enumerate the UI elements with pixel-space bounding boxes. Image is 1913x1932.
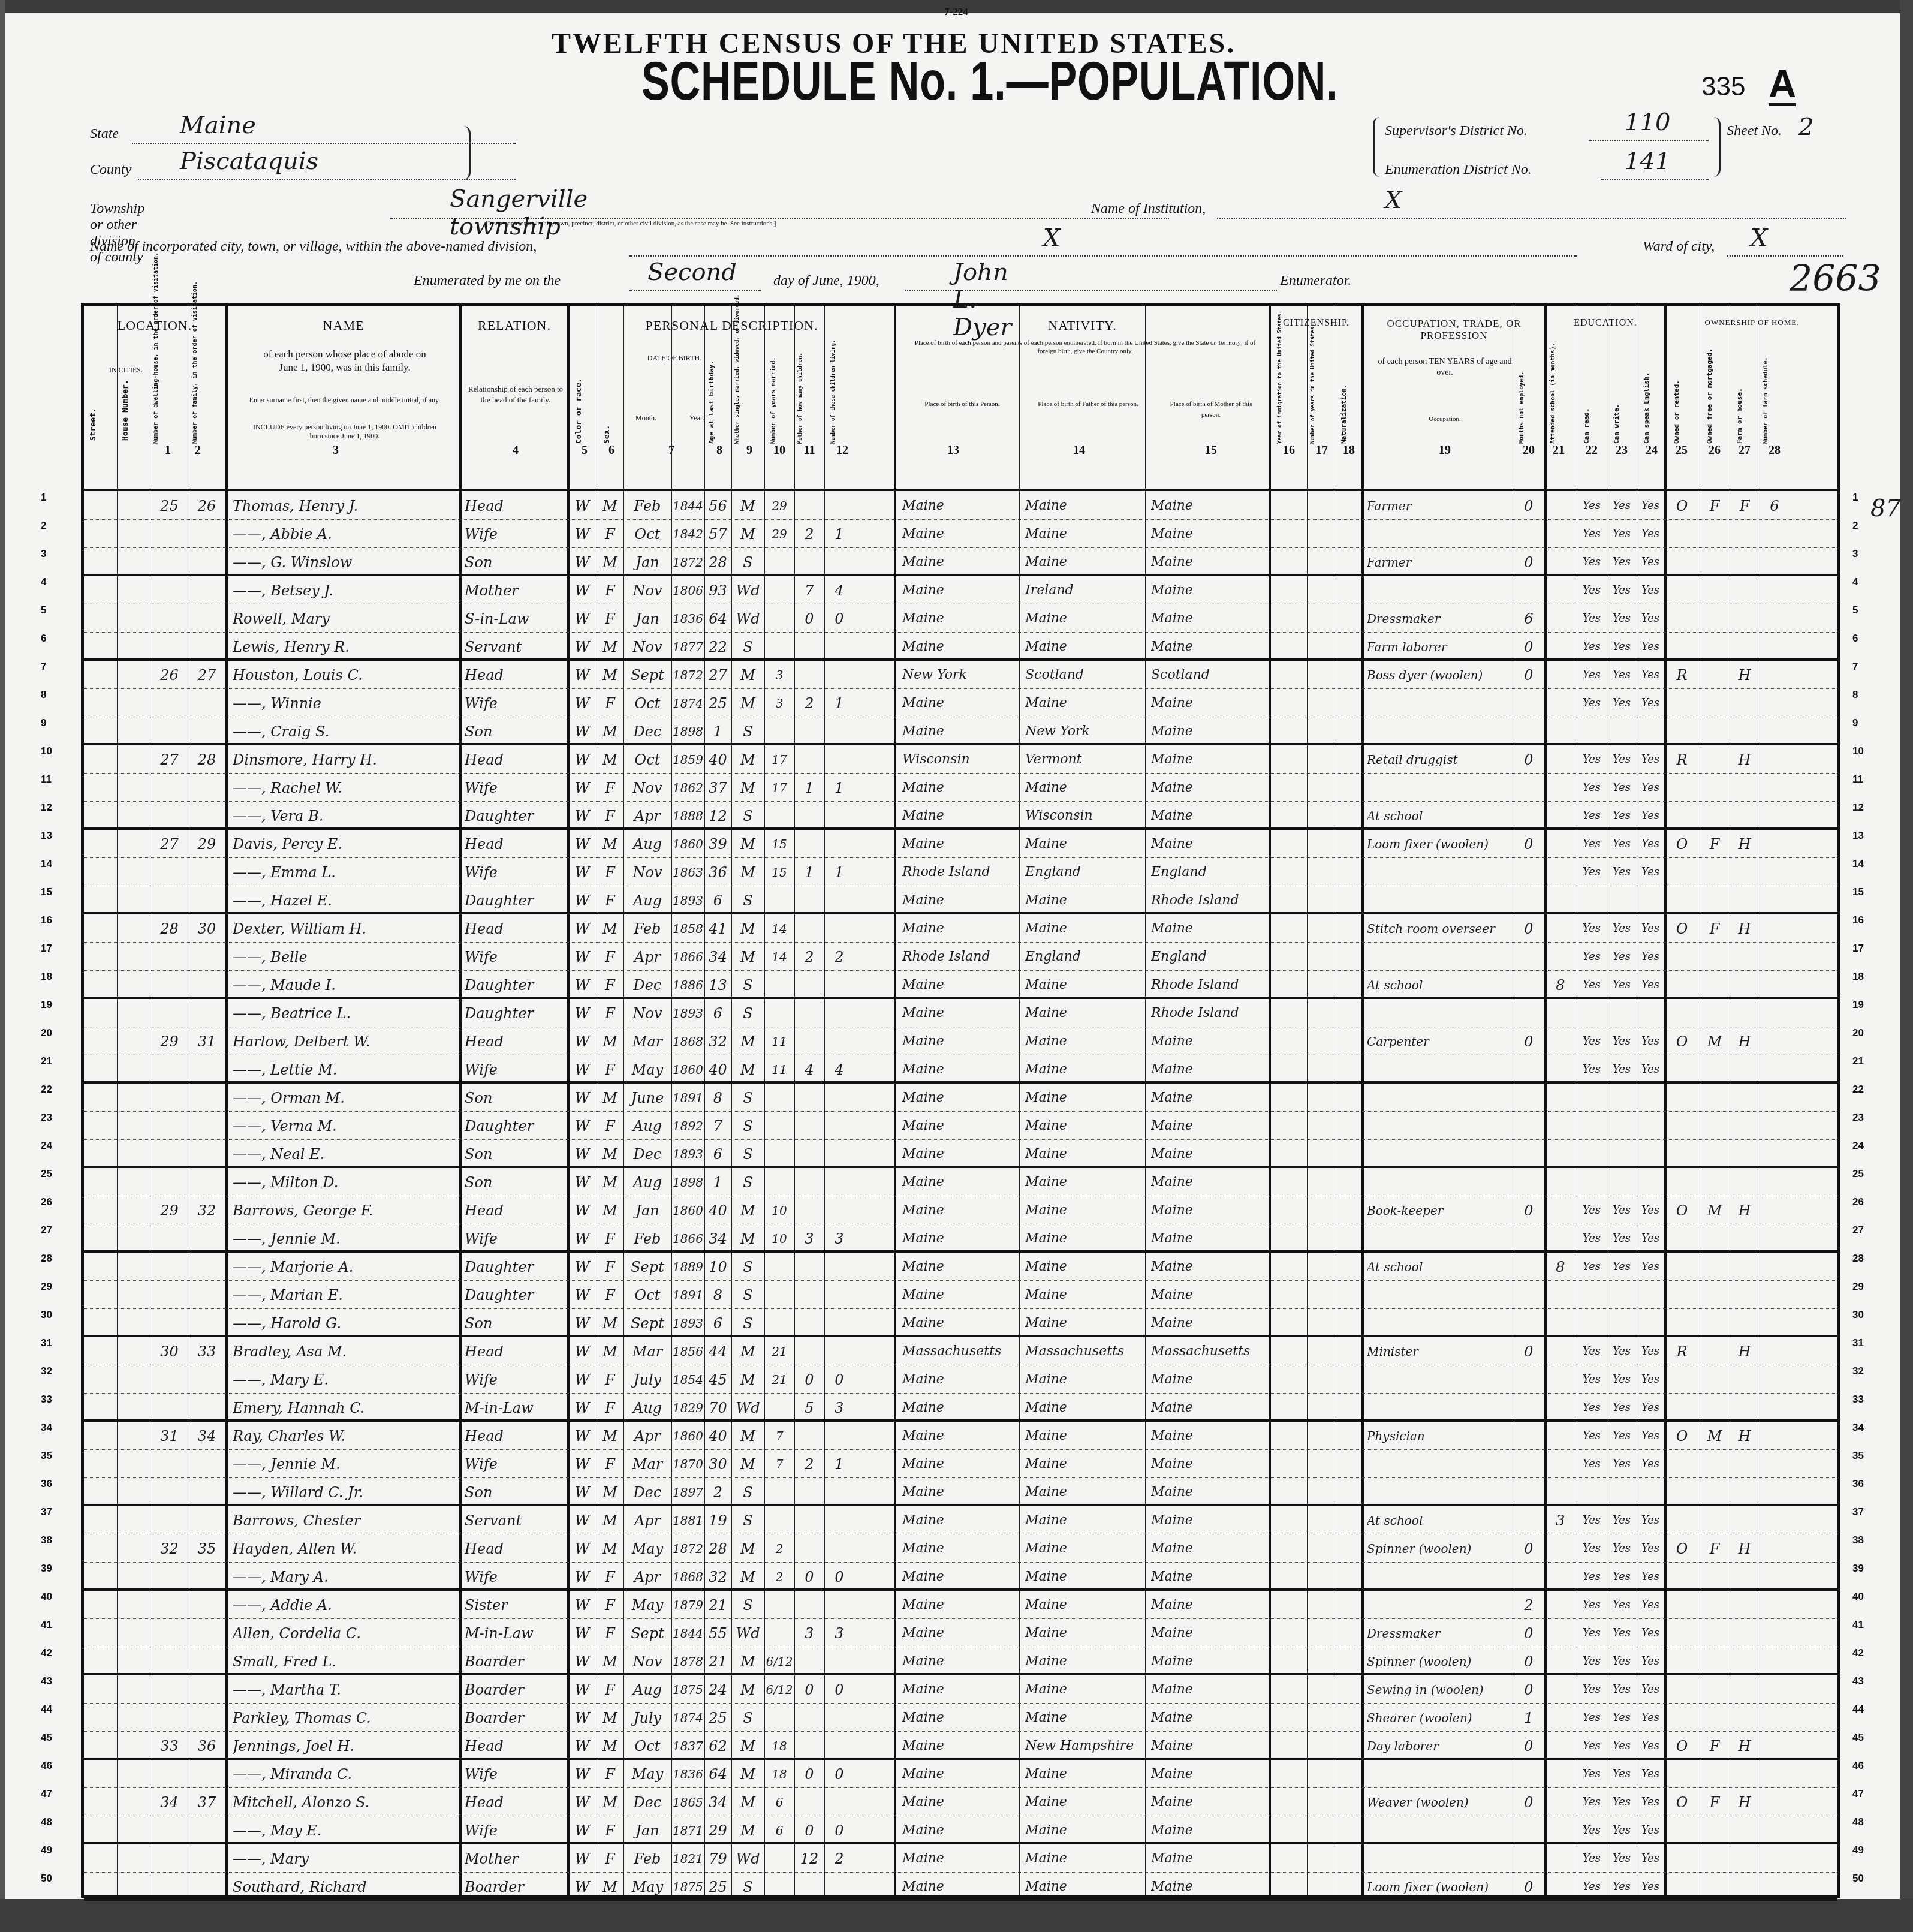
- dwelling-number: [150, 1255, 189, 1279]
- line-number-right: 34: [1852, 1422, 1864, 1434]
- line-number-right: 26: [1852, 1196, 1864, 1208]
- can-write: Yes: [1607, 1819, 1637, 1843]
- vh-house: House Number.: [121, 387, 130, 441]
- marital-status: M: [731, 1424, 764, 1448]
- birth-year: 1897: [671, 1480, 704, 1504]
- free-mortgaged: M: [1700, 1424, 1730, 1448]
- birth-month: Sept: [623, 1621, 671, 1645]
- children-living: 0: [824, 1368, 854, 1392]
- children-born: [794, 1170, 824, 1194]
- children-living: [824, 917, 854, 941]
- marital-status: M: [731, 1537, 764, 1561]
- color: W: [568, 889, 597, 913]
- occupation: [1367, 1593, 1514, 1617]
- years-married: 11: [764, 1030, 794, 1054]
- can-read: Yes: [1577, 1537, 1607, 1561]
- months-unemployed: 0: [1514, 1537, 1544, 1561]
- birthplace-person: Maine: [902, 1283, 1019, 1307]
- line-number-right: 40: [1852, 1591, 1864, 1603]
- dwelling-number: [150, 579, 189, 603]
- farm-schedule: [1760, 1734, 1790, 1758]
- birthplace-mother: Maine: [1151, 776, 1268, 800]
- years-married: 6: [764, 1819, 794, 1843]
- can-speak-english: Yes: [1637, 1030, 1664, 1054]
- relation: Boarder: [465, 1678, 567, 1702]
- years-married: 14: [764, 945, 794, 969]
- family-number: [189, 1283, 225, 1307]
- children-born: [794, 1509, 824, 1533]
- dwelling-number: 32: [150, 1537, 189, 1561]
- can-read: Yes: [1577, 1058, 1607, 1082]
- years-married: 3: [764, 663, 794, 687]
- family-number: 30: [189, 917, 225, 941]
- birthplace-mother: Maine: [1151, 1537, 1268, 1561]
- marital-status: S: [731, 550, 764, 574]
- farm-schedule: [1760, 1396, 1790, 1420]
- line-number-right: 36: [1852, 1478, 1864, 1490]
- school-months: 3: [1544, 1509, 1577, 1533]
- can-write: Yes: [1607, 1030, 1637, 1054]
- birthplace-mother: Maine: [1151, 1227, 1268, 1251]
- relation: M-in-Law: [465, 1621, 567, 1645]
- person-name: ——, Martha T.: [233, 1678, 457, 1702]
- can-read: Yes: [1577, 579, 1607, 603]
- birth-month: July: [623, 1368, 671, 1392]
- enumerated-prefix: Enumerated by me on the: [414, 273, 561, 289]
- birthplace-father: Maine: [1025, 1199, 1145, 1223]
- marital-status: S: [731, 973, 764, 997]
- can-write: [1607, 720, 1637, 744]
- occupation: Farmer: [1367, 550, 1514, 574]
- relation: Wife: [465, 1565, 567, 1589]
- farm-house: [1730, 1058, 1760, 1082]
- occupation: [1367, 691, 1514, 715]
- years-married: [764, 1170, 794, 1194]
- can-speak-english: Yes: [1637, 804, 1664, 828]
- can-speak-english: Yes: [1637, 1396, 1664, 1420]
- can-read: Yes: [1577, 1762, 1607, 1786]
- can-read: Yes: [1577, 1030, 1607, 1054]
- birthplace-mother: Maine: [1151, 1086, 1268, 1110]
- birth-year: 1881: [671, 1509, 704, 1533]
- line-number-right: 13: [1852, 830, 1864, 842]
- farm-schedule: [1760, 579, 1790, 603]
- line-number-right: 14: [1852, 858, 1864, 870]
- owned-rented: R: [1664, 663, 1700, 687]
- birthplace-mother: Maine: [1151, 804, 1268, 828]
- free-mortgaged: [1700, 945, 1730, 969]
- birthplace-mother: Maine: [1151, 1368, 1268, 1392]
- birth-month: Apr: [623, 804, 671, 828]
- can-speak-english: [1637, 1480, 1664, 1504]
- can-speak-english: Yes: [1637, 945, 1664, 969]
- farm-house: [1730, 1875, 1760, 1899]
- sex: F: [597, 1565, 623, 1589]
- birthplace-person: Maine: [902, 1819, 1019, 1843]
- family-number: 29: [189, 832, 225, 856]
- dwelling-number: [150, 1819, 189, 1843]
- birth-month: Aug: [623, 832, 671, 856]
- birth-month: Nov: [623, 579, 671, 603]
- table-row: 39 ——, Mary A. Wife W F Apr 1868 32 M 2 …: [84, 1563, 1837, 1591]
- relation: Wife: [465, 860, 567, 884]
- school-months: [1544, 1762, 1577, 1786]
- owned-rented: [1664, 1227, 1700, 1251]
- owned-rented: [1664, 720, 1700, 744]
- table-row: 14 ——, Emma L. Wife W F Nov 1863 36 M 15…: [84, 858, 1837, 886]
- years-married: [764, 889, 794, 913]
- family-number: [189, 889, 225, 913]
- marital-status: S: [731, 889, 764, 913]
- occupation: [1367, 1819, 1514, 1843]
- can-write: [1607, 1086, 1637, 1110]
- years-married: 10: [764, 1199, 794, 1223]
- age: 70: [704, 1396, 731, 1420]
- table-row: 17 ——, Belle Wife W F Apr 1866 34 M 14 2…: [84, 943, 1837, 971]
- can-read: Yes: [1577, 973, 1607, 997]
- marital-status: M: [731, 917, 764, 941]
- birth-year: 1871: [671, 1819, 704, 1843]
- person-name: ——, Craig S.: [233, 720, 457, 744]
- can-speak-english: Yes: [1637, 917, 1664, 941]
- occupation: [1367, 1311, 1514, 1335]
- township-label: Township or other division of county: [90, 201, 144, 266]
- school-months: [1544, 889, 1577, 913]
- dwelling-number: [150, 1396, 189, 1420]
- birthplace-person: Maine: [902, 691, 1019, 715]
- relation: Head: [465, 917, 567, 941]
- dwelling-number: [150, 522, 189, 546]
- table-row: 19 ——, Beatrice L. Daughter W F Nov 1893…: [84, 999, 1837, 1027]
- person-name: ——, Verna M.: [233, 1114, 457, 1138]
- vh-immigration: Year of immigration to the United States…: [1277, 348, 1283, 444]
- sex: M: [597, 494, 623, 518]
- line-number: 46: [41, 1760, 52, 1772]
- farm-house: H: [1730, 1790, 1760, 1814]
- age: 29: [704, 1819, 731, 1843]
- farm-schedule: [1760, 917, 1790, 941]
- marital-status: M: [731, 832, 764, 856]
- birthplace-person: Maine: [902, 494, 1019, 518]
- farm-house: H: [1730, 1734, 1760, 1758]
- birth-month: Nov: [623, 776, 671, 800]
- relation: Daughter: [465, 804, 567, 828]
- children-living: [824, 1114, 854, 1138]
- sex: F: [597, 776, 623, 800]
- free-mortgaged: F: [1700, 1790, 1730, 1814]
- farm-house: [1730, 1706, 1760, 1730]
- months-unemployed: [1514, 945, 1544, 969]
- vh-english: Can speak English.: [1643, 360, 1650, 444]
- dwelling-number: 29: [150, 1199, 189, 1223]
- birth-year: 1862: [671, 776, 704, 800]
- table-row: 31 30 33 Bradley, Asa M. Head W M Mar 18…: [84, 1337, 1837, 1365]
- free-mortgaged: F: [1700, 1537, 1730, 1561]
- can-write: Yes: [1607, 1199, 1637, 1223]
- family-number: 34: [189, 1424, 225, 1448]
- family-number: [189, 1170, 225, 1194]
- years-married: 11: [764, 1058, 794, 1082]
- line-number: 32: [41, 1365, 52, 1377]
- family-number: [189, 1480, 225, 1504]
- sex: M: [597, 1509, 623, 1533]
- line-number: 28: [41, 1253, 52, 1265]
- table-row: 13 27 29 Davis, Percy E. Head W M Aug 18…: [84, 830, 1837, 858]
- birthplace-father: Maine: [1025, 1537, 1145, 1561]
- vh-dwelling: Number of dwelling-house, in the order o…: [153, 342, 159, 444]
- free-mortgaged: [1700, 691, 1730, 715]
- birthplace-mother: Maine: [1151, 1311, 1268, 1335]
- school-months: [1544, 1480, 1577, 1504]
- line-number-right: 42: [1852, 1647, 1864, 1659]
- children-born: [794, 1283, 824, 1307]
- marital-status: M: [731, 1762, 764, 1786]
- can-read: Yes: [1577, 748, 1607, 772]
- birth-year: 1860: [671, 1424, 704, 1448]
- months-unemployed: 0: [1514, 1678, 1544, 1702]
- family-number: [189, 550, 225, 574]
- years-married: [764, 1480, 794, 1504]
- free-mortgaged: [1700, 579, 1730, 603]
- line-number: 33: [41, 1394, 52, 1406]
- relation: Mother: [465, 1847, 567, 1871]
- children-living: [824, 663, 854, 687]
- age: 6: [704, 1001, 731, 1025]
- owned-rented: O: [1664, 832, 1700, 856]
- birthplace-father: Maine: [1025, 1114, 1145, 1138]
- children-born: [794, 1650, 824, 1674]
- months-unemployed: [1514, 1058, 1544, 1082]
- dwelling-number: [150, 1368, 189, 1392]
- farm-schedule: [1760, 1114, 1790, 1138]
- line-number-right: 5: [1852, 604, 1858, 616]
- line-number: 17: [41, 943, 52, 955]
- years-married: [764, 1875, 794, 1899]
- children-living: [824, 1424, 854, 1448]
- can-read: Yes: [1577, 1734, 1607, 1758]
- age: 34: [704, 945, 731, 969]
- occupation: [1367, 1086, 1514, 1110]
- line-number-right: 45: [1852, 1732, 1864, 1744]
- dwelling-number: [150, 804, 189, 828]
- free-mortgaged: [1700, 776, 1730, 800]
- can-speak-english: Yes: [1637, 1847, 1664, 1871]
- color: W: [568, 1509, 597, 1533]
- birth-month: Dec: [623, 1790, 671, 1814]
- birthplace-father: Maine: [1025, 635, 1145, 659]
- months-unemployed: [1514, 720, 1544, 744]
- months-unemployed: [1514, 1819, 1544, 1843]
- person-name: Barrows, George F.: [233, 1199, 457, 1223]
- dwelling-number: 33: [150, 1734, 189, 1758]
- color: W: [568, 973, 597, 997]
- table-row: 45 33 36 Jennings, Joel H. Head W M Oct …: [84, 1732, 1837, 1760]
- person-name: Jennings, Joel H.: [233, 1734, 457, 1758]
- line-number: 21: [41, 1055, 52, 1067]
- person-name: Mitchell, Alonzo S.: [233, 1790, 457, 1814]
- can-speak-english: Yes: [1637, 1650, 1664, 1674]
- table-row: 8 ——, Winnie Wife W F Oct 1874 25 M 3 2 …: [84, 689, 1837, 717]
- dwelling-number: 31: [150, 1424, 189, 1448]
- family-number: [189, 720, 225, 744]
- occupation: [1367, 1142, 1514, 1166]
- free-mortgaged: [1700, 1001, 1730, 1025]
- farm-schedule: [1760, 1593, 1790, 1617]
- line-number-right: 44: [1852, 1704, 1864, 1716]
- can-write: Yes: [1607, 748, 1637, 772]
- person-name: ——, Orman M.: [233, 1086, 457, 1110]
- marital-status: M: [731, 663, 764, 687]
- colnum-24: 24: [1640, 444, 1664, 468]
- vh-family: Number of family, in the order of visita…: [192, 342, 198, 444]
- farm-schedule: [1760, 1875, 1790, 1899]
- birthplace-father: Maine: [1025, 1480, 1145, 1504]
- children-living: 1: [824, 860, 854, 884]
- birth-month: Aug: [623, 1396, 671, 1420]
- children-born: 4: [794, 1058, 824, 1082]
- birthplace-mother: Maine: [1151, 720, 1268, 744]
- family-number: [189, 1847, 225, 1871]
- can-write: Yes: [1607, 1368, 1637, 1392]
- years-married: 2: [764, 1537, 794, 1561]
- relation: Wife: [465, 1058, 567, 1082]
- farm-schedule: [1760, 1678, 1790, 1702]
- birth-year: 1829: [671, 1396, 704, 1420]
- can-write: [1607, 1480, 1637, 1504]
- months-unemployed: 0: [1514, 1199, 1544, 1223]
- farm-schedule: [1760, 1762, 1790, 1786]
- birthplace-person: Maine: [902, 579, 1019, 603]
- family-number: [189, 1650, 225, 1674]
- can-write: Yes: [1607, 1340, 1637, 1364]
- birth-year: 1854: [671, 1368, 704, 1392]
- line-number-right: 41: [1852, 1619, 1864, 1631]
- birth-year: 1872: [671, 663, 704, 687]
- children-born: [794, 1424, 824, 1448]
- color: W: [568, 1734, 597, 1758]
- relation: Mother: [465, 579, 567, 603]
- school-months: [1544, 776, 1577, 800]
- vh-farm-schedule: Number of farm schedule.: [1763, 330, 1769, 444]
- farm-schedule: [1760, 1311, 1790, 1335]
- table-row: 37 Barrows, Chester Servant W M Apr 1881…: [84, 1506, 1837, 1534]
- marital-status: Wd: [731, 579, 764, 603]
- marital-status: M: [731, 691, 764, 715]
- birthplace-mother: Maine: [1151, 1565, 1268, 1589]
- marital-status: S: [731, 1509, 764, 1533]
- school-months: [1544, 579, 1577, 603]
- birthplace-person: Maine: [902, 1734, 1019, 1758]
- birthplace-mother: Maine: [1151, 1706, 1268, 1730]
- months-unemployed: 0: [1514, 635, 1544, 659]
- can-read: Yes: [1577, 1819, 1607, 1843]
- birthplace-person: Maine: [902, 1593, 1019, 1617]
- marital-status: S: [731, 1283, 764, 1307]
- color: W: [568, 832, 597, 856]
- line-number: 10: [41, 745, 52, 757]
- owned-rented: [1664, 550, 1700, 574]
- age: 55: [704, 1621, 731, 1645]
- can-speak-english: [1637, 1170, 1664, 1194]
- birth-month: Jan: [623, 1819, 671, 1843]
- state-county-brace: [462, 126, 471, 180]
- line-number: 49: [41, 1844, 52, 1856]
- children-born: 0: [794, 1678, 824, 1702]
- can-speak-english: [1637, 1142, 1664, 1166]
- birth-month: Dec: [623, 1142, 671, 1166]
- children-living: 0: [824, 1819, 854, 1843]
- vh-years-married: Number of years married.: [770, 336, 777, 444]
- birthplace-mother: Maine: [1151, 1452, 1268, 1476]
- dwelling-number: [150, 1565, 189, 1589]
- age: 25: [704, 1706, 731, 1730]
- person-name: ——, Hazel E.: [233, 889, 457, 913]
- color: W: [568, 1537, 597, 1561]
- color: W: [568, 579, 597, 603]
- dwelling-number: [150, 1142, 189, 1166]
- years-married: [764, 607, 794, 631]
- birthplace-father: Maine: [1025, 1790, 1145, 1814]
- months-unemployed: [1514, 1114, 1544, 1138]
- birthplace-person: Maine: [902, 1509, 1019, 1533]
- farm-schedule: [1760, 832, 1790, 856]
- can-read: Yes: [1577, 1565, 1607, 1589]
- form-number: 7-224: [944, 6, 968, 18]
- sex: M: [597, 1537, 623, 1561]
- birth-month: Oct: [623, 691, 671, 715]
- children-living: [824, 1480, 854, 1504]
- free-mortgaged: [1700, 720, 1730, 744]
- years-married: [764, 1255, 794, 1279]
- can-read: Yes: [1577, 832, 1607, 856]
- color: W: [568, 748, 597, 772]
- line-number: 40: [41, 1591, 52, 1603]
- table-row: 2 ——, Abbie A. Wife W F Oct 1842 57 M 29…: [84, 520, 1837, 548]
- can-speak-english: Yes: [1637, 776, 1664, 800]
- color: W: [568, 1030, 597, 1054]
- birthplace-father: Maine: [1025, 889, 1145, 913]
- school-months: [1544, 1283, 1577, 1307]
- family-number: [189, 1227, 225, 1251]
- relation: Head: [465, 494, 567, 518]
- marital-status: S: [731, 1706, 764, 1730]
- relation: Wife: [465, 1227, 567, 1251]
- years-married: [764, 973, 794, 997]
- farm-house: H: [1730, 748, 1760, 772]
- person-name: ——, Mary E.: [233, 1368, 457, 1392]
- can-speak-english: Yes: [1637, 832, 1664, 856]
- can-speak-english: Yes: [1637, 550, 1664, 574]
- can-read: Yes: [1577, 1509, 1607, 1533]
- can-speak-english: Yes: [1637, 1058, 1664, 1082]
- months-unemployed: [1514, 860, 1544, 884]
- occupation: Farmer: [1367, 494, 1514, 518]
- vh-farm: Farm or house.: [1736, 372, 1743, 444]
- birthplace-mother: Maine: [1151, 1847, 1268, 1871]
- family-number: [189, 635, 225, 659]
- birth-month: Nov: [623, 1650, 671, 1674]
- owned-rented: [1664, 607, 1700, 631]
- children-living: [824, 1706, 854, 1730]
- can-write: [1607, 1170, 1637, 1194]
- occupation: Spinner (woolen): [1367, 1537, 1514, 1561]
- farm-schedule: [1760, 720, 1790, 744]
- header-pob-person: Place of birth of this Person.: [914, 399, 1010, 410]
- can-write: Yes: [1607, 945, 1637, 969]
- free-mortgaged: [1700, 550, 1730, 574]
- children-living: 4: [824, 1058, 854, 1082]
- occupation: Dressmaker: [1367, 607, 1514, 631]
